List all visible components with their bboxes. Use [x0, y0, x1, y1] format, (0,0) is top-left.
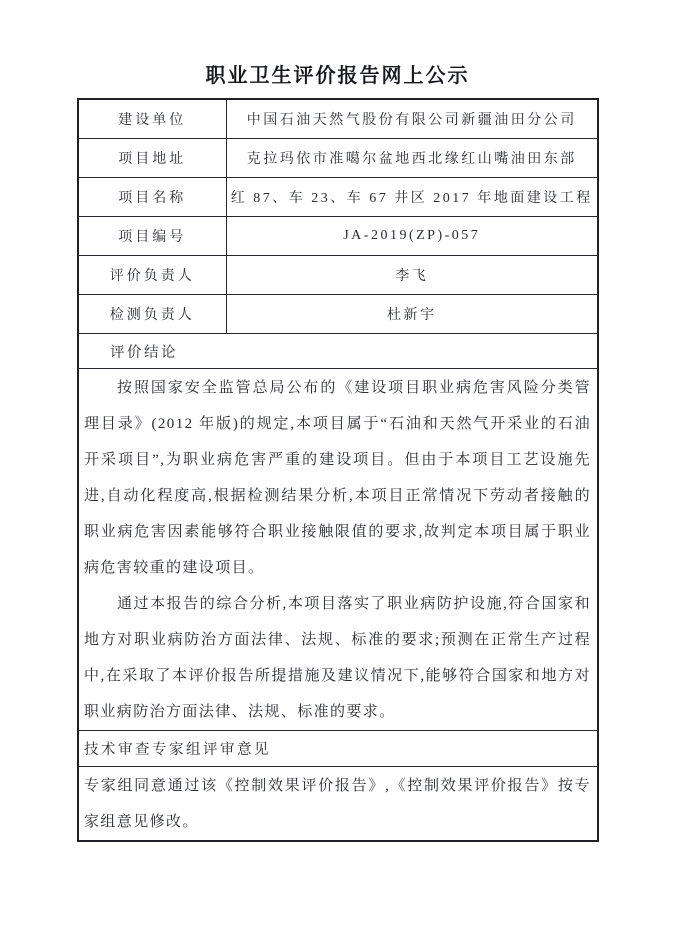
field-label-evaluation-lead: 评价负责人 — [78, 256, 226, 295]
table-row-testing-lead: 检测负责人 杜新宇 — [78, 295, 598, 334]
table-row-review-header: 技术审查专家组评审意见 — [78, 731, 598, 767]
field-value-evaluation-lead: 李飞 — [226, 256, 598, 295]
table-row-construction-unit: 建设单位 中国石油天然气股份有限公司新疆油田分公司 — [78, 99, 598, 139]
table-row-conclusion-header: 评价结论 — [78, 334, 598, 369]
field-value-project-number: JA-2019(ZP)-057 — [226, 217, 598, 256]
table-row-project-address: 项目地址 克拉玛依市准噶尔盆地西北缘红山嘴油田东部 — [78, 139, 598, 178]
publicity-table: 建设单位 中国石油天然气股份有限公司新疆油田分公司 项目地址 克拉玛依市准噶尔盆… — [77, 98, 599, 842]
field-label-project-name: 项目名称 — [78, 178, 226, 217]
table-row-review-opinion: 专家组同意通过该《控制效果评价报告》,《控制效果评价报告》按专家组意见修改。 — [78, 767, 598, 842]
page-title: 职业卫生评价报告网上公示 — [0, 62, 675, 90]
conclusion-section-label: 评价结论 — [78, 334, 598, 369]
conclusion-paragraph-1: 按照国家安全监管总局公布的《建设项目职业病危害风险分类管理目录》(2012 年版… — [84, 370, 591, 586]
table-row-project-name: 项目名称 红 87、车 23、车 67 井区 2017 年地面建设工程 — [78, 178, 598, 217]
conclusion-paragraph-2: 通过本报告的综合分析,本项目落实了职业病防护设施,符合国家和地方对职业病防治方面… — [84, 586, 591, 730]
field-label-construction-unit: 建设单位 — [78, 99, 226, 139]
field-label-testing-lead: 检测负责人 — [78, 295, 226, 334]
table-row-evaluation-lead: 评价负责人 李飞 — [78, 256, 598, 295]
review-section-label: 技术审查专家组评审意见 — [78, 731, 598, 767]
table-row-conclusion-body: 按照国家安全监管总局公布的《建设项目职业病危害风险分类管理目录》(2012 年版… — [78, 369, 598, 731]
conclusion-body-cell: 按照国家安全监管总局公布的《建设项目职业病危害风险分类管理目录》(2012 年版… — [78, 369, 598, 731]
field-value-testing-lead: 杜新宇 — [226, 295, 598, 334]
table-row-project-number: 项目编号 JA-2019(ZP)-057 — [78, 217, 598, 256]
field-label-project-number: 项目编号 — [78, 217, 226, 256]
field-value-project-address: 克拉玛依市准噶尔盆地西北缘红山嘴油田东部 — [226, 139, 598, 178]
document-page: 职业卫生评价报告网上公示 建设单位 中国石油天然气股份有限公司新疆油田分公司 项… — [0, 0, 675, 940]
field-value-project-name: 红 87、车 23、车 67 井区 2017 年地面建设工程 — [226, 178, 598, 217]
review-opinion-text: 专家组同意通过该《控制效果评价报告》,《控制效果评价报告》按专家组意见修改。 — [78, 767, 598, 842]
field-value-construction-unit: 中国石油天然气股份有限公司新疆油田分公司 — [226, 99, 598, 139]
field-label-project-address: 项目地址 — [78, 139, 226, 178]
